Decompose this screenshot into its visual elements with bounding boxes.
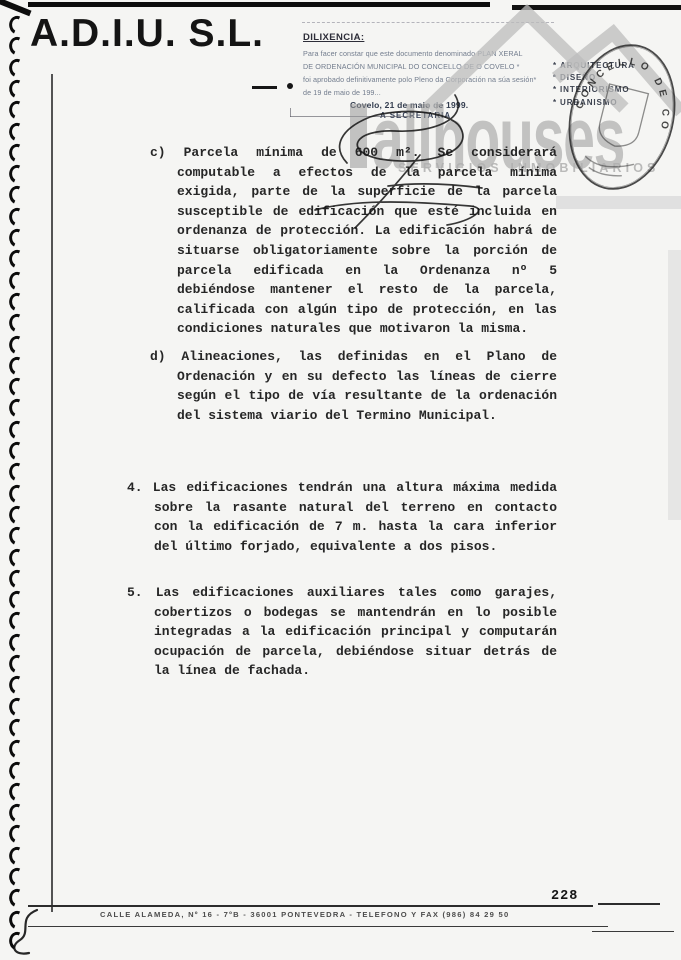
body-line: d) Alineaciones, las definidas en el Pla…	[150, 347, 557, 367]
binding-hole-icon	[7, 482, 27, 506]
binding-hole-icon	[7, 162, 27, 186]
binding-hole-icon	[7, 77, 27, 101]
footer-address: CALLE ALAMEDA, Nº 16 - 7ºB - 36001 PONTE…	[100, 910, 509, 919]
svg-text:CONCELLO DE COVELO: CONCELLO DE COVELO	[556, 26, 681, 135]
binding-hole-icon	[7, 397, 27, 421]
body-line: ocupación de parcela, debiéndose situar …	[127, 642, 557, 662]
body-line: según el tipo de vía resultante de la or…	[150, 386, 557, 406]
binding-hole-icon	[7, 247, 27, 271]
binding-hole-icon	[7, 141, 27, 165]
paragraph-d: d) Alineaciones, las definidas en el Pla…	[150, 347, 557, 425]
binding-hole-icon	[7, 886, 27, 910]
binding-hole-icon	[7, 311, 27, 335]
binding-hole-icon	[7, 524, 27, 548]
body-line: del último forjado, equivalente a dos pi…	[127, 537, 557, 557]
body-line: 5. Las edificaciones auxiliares tales co…	[127, 583, 557, 603]
binding-hole-icon	[7, 759, 27, 783]
body-line: la línea de fachada.	[127, 661, 557, 681]
binding-hole-icon	[7, 695, 27, 719]
binding-hole-icon	[7, 673, 27, 697]
binding-hole-icon	[7, 354, 27, 378]
body-line: integradas a la edificación principal y …	[127, 622, 557, 642]
binding-hole-icon	[7, 290, 27, 314]
footer-rule-top	[28, 905, 593, 907]
scan-edge-smudge	[668, 250, 681, 520]
binding-hole-icon	[7, 780, 27, 804]
left-margin-rule	[51, 74, 53, 912]
binding-hole-icon	[7, 716, 27, 740]
footer-rule-bottom	[28, 926, 608, 927]
binding-hole-icon	[7, 865, 27, 889]
scanned-document-page: A.D.I.U. S.L. allhouses SERVICIOS INMOBI…	[0, 0, 681, 960]
binding-holes	[0, 0, 34, 960]
binding-hole-icon	[7, 503, 27, 527]
binding-hole-icon	[7, 610, 27, 634]
binding-hole-icon	[7, 631, 27, 655]
footer-rule-top-right	[598, 903, 660, 905]
company-logo-text: A.D.I.U. S.L.	[30, 12, 264, 56]
binding-hole-icon	[7, 184, 27, 208]
body-line: sobre la rasante natural del terreno en …	[127, 498, 557, 518]
binding-hole-icon	[7, 98, 27, 122]
paragraph-5: 5. Las edificaciones auxiliares tales co…	[127, 583, 557, 681]
seal-scribble	[582, 152, 634, 180]
binding-hole-icon	[7, 652, 27, 676]
binding-hole-icon	[7, 567, 27, 591]
body-line: condiciones naturales que motivaron la m…	[150, 319, 557, 339]
binding-hole-icon	[7, 120, 27, 144]
body-line: debiéndose mantener el resto de la parce…	[150, 280, 557, 300]
binding-hole-icon	[7, 13, 27, 37]
binding-hole-icon	[7, 418, 27, 442]
body-line: parcela edificada en la Ordenanza nº 5	[150, 261, 557, 281]
binding-hole-icon	[7, 801, 27, 825]
stamp-bottom-tick	[290, 108, 291, 117]
binding-hole-icon	[7, 588, 27, 612]
body-line: cobertizos o bodegas se mantendrán en lo…	[127, 603, 557, 623]
signature-scrawl	[300, 85, 500, 245]
binding-hole-icon	[7, 56, 27, 80]
binding-hole-icon	[7, 226, 27, 250]
binding-hole-icon	[7, 269, 27, 293]
binding-hole-icon	[7, 375, 27, 399]
binding-hole-icon	[7, 546, 27, 570]
body-line: 4. Las edificaciones tendrán una altura …	[127, 478, 557, 498]
binding-hole-icon	[7, 439, 27, 463]
binding-hole-icon	[7, 333, 27, 357]
paragraph-4: 4. Las edificaciones tendrán una altura …	[127, 478, 557, 556]
seal-shield-icon	[595, 84, 648, 151]
binding-hole-icon	[7, 844, 27, 868]
binding-hole-icon	[7, 460, 27, 484]
footer-rule-bottom-right	[592, 931, 674, 932]
binding-hole-icon	[7, 823, 27, 847]
page-number: 228	[551, 889, 578, 904]
margin-dot-mark	[287, 83, 293, 89]
body-line: con la edificación de 7 m. hasta la cara…	[127, 517, 557, 537]
binding-hole-icon	[7, 34, 27, 58]
binding-hole-icon	[7, 205, 27, 229]
municipal-seal: CONCELLO DE COVELO	[556, 26, 681, 208]
diligencia-title: DILIXENCIA:	[303, 32, 364, 43]
body-line: calificada con algún tipo de protección,…	[150, 300, 557, 320]
body-line: Ordenación y en su defecto las líneas de…	[150, 367, 557, 387]
margin-dash-mark	[252, 86, 277, 89]
body-line: del sistema viario del Termino Municipal…	[150, 406, 557, 426]
handwritten-corner-squiggle	[5, 908, 55, 960]
binding-hole-icon	[7, 737, 27, 761]
seal-text: CONCELLO DE COVELO	[556, 26, 681, 135]
